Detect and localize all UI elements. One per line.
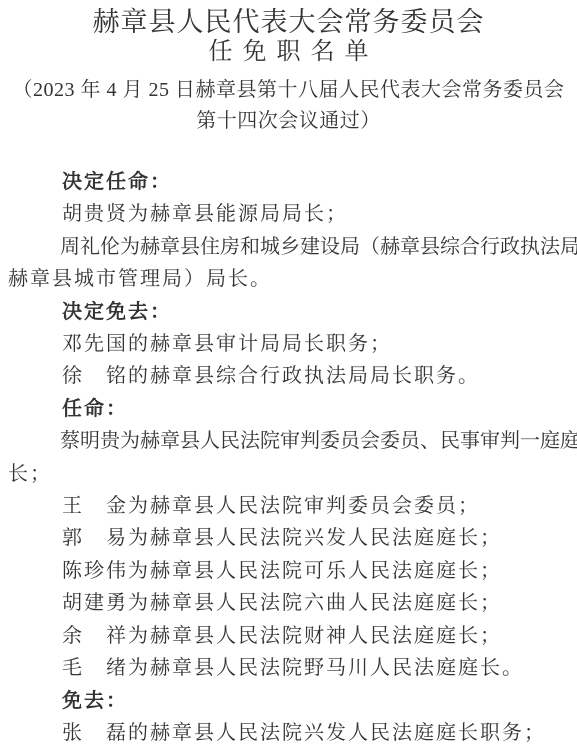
meta-line-2: 第十四次会议通过） bbox=[0, 106, 577, 137]
title-line-1: 赫章县人民代表大会常务委员会 bbox=[0, 6, 577, 38]
paragraph-indent bbox=[8, 425, 60, 457]
document-line: 长； bbox=[8, 458, 568, 490]
document-page: 赫章县人民代表大会常务委员会 任免职名单 （2023 年 4 月 25 日赫章县… bbox=[0, 0, 577, 756]
document-line: 张 磊的赫章县人民法院兴发人民法庭庭长职务； bbox=[8, 717, 568, 749]
document-line: 周礼伦为赫章县住房和城乡建设局（赫章县综合行政执法局、 bbox=[8, 231, 568, 263]
document-line: 赫章县城市管理局）局长。 bbox=[8, 263, 568, 295]
document-line: 徐 铭的赫章县综合行政执法局局长职务。 bbox=[8, 360, 568, 392]
document-line: 余 祥为赫章县人民法院财神人民法庭庭长； bbox=[8, 620, 568, 652]
document-line: 决定免去： bbox=[8, 296, 568, 328]
document-title: 赫章县人民代表大会常务委员会 任免职名单 bbox=[0, 0, 577, 67]
document-line: 蔡明贵为赫章县人民法院审判委员会委员、民事审判一庭庭 bbox=[8, 425, 568, 457]
title-line-2: 任免职名单 bbox=[0, 38, 577, 67]
paragraph-indent bbox=[8, 231, 60, 263]
document-line: 邓先国的赫章县审计局局长职务； bbox=[8, 328, 568, 360]
document-line: 郭 易为赫章县人民法院兴发人民法庭庭长； bbox=[8, 522, 568, 554]
document-meta: （2023 年 4 月 25 日赫章县第十八届人民代表大会常务委员会 第十四次会… bbox=[0, 75, 577, 137]
document-line: 免去： bbox=[8, 685, 568, 717]
document-line: 陈珍伟为赫章县人民法院可乐人民法庭庭长； bbox=[8, 555, 568, 587]
document-line: 毛 绪为赫章县人民法院野马川人民法庭庭长。 bbox=[8, 652, 568, 684]
document-line: 胡贵贤为赫章县能源局局长； bbox=[8, 198, 568, 230]
document-line: 任命： bbox=[8, 393, 568, 425]
document-body: 决定任命：胡贵贤为赫章县能源局局长；周礼伦为赫章县住房和城乡建设局（赫章县综合行… bbox=[0, 166, 577, 749]
document-line: 决定任命： bbox=[8, 166, 568, 198]
document-line: 王 金为赫章县人民法院审判委员会委员； bbox=[8, 490, 568, 522]
document-line: 胡建勇为赫章县人民法院六曲人民法庭庭长； bbox=[8, 587, 568, 619]
meta-line-1: （2023 年 4 月 25 日赫章县第十八届人民代表大会常务委员会 bbox=[0, 75, 577, 106]
